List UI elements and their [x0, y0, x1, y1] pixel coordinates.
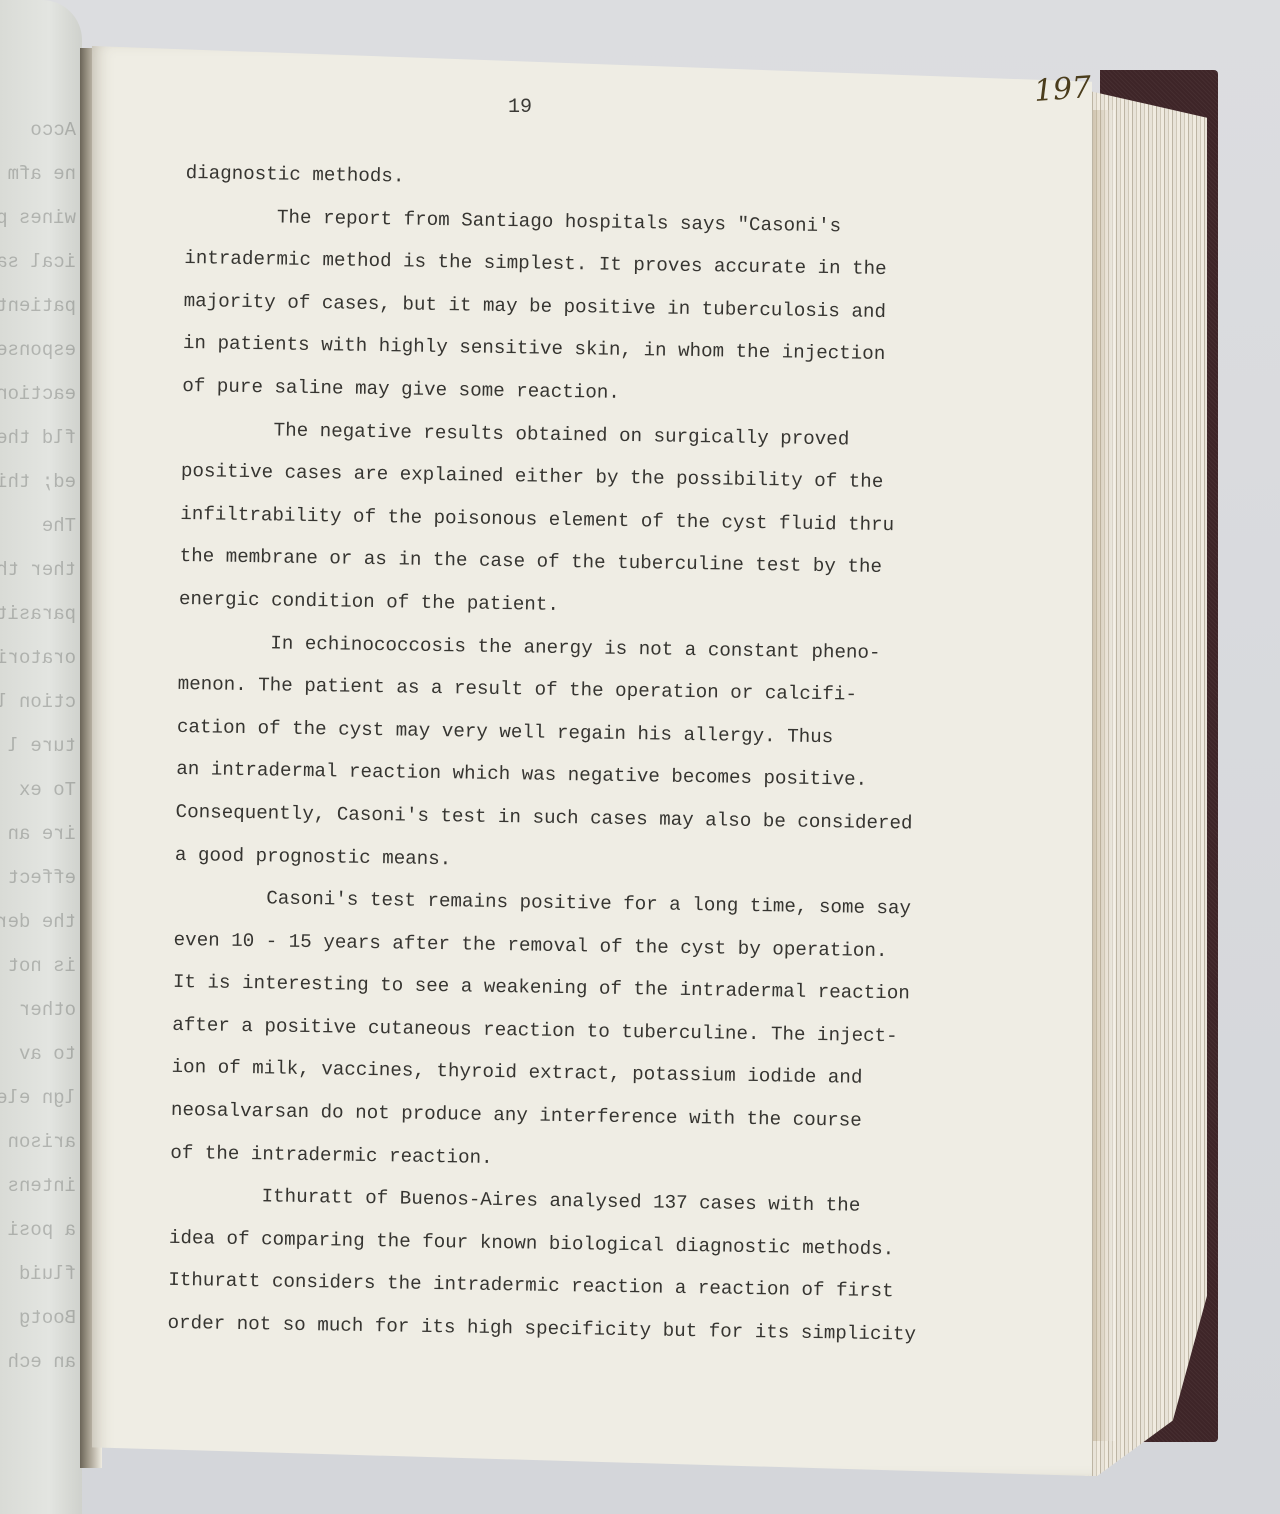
mirrored-fragment: ction l: [0, 680, 82, 724]
mirrored-fragment: ical sal: [0, 240, 82, 284]
mirrored-fragment: the der: [0, 900, 82, 944]
page-number: 19: [508, 96, 532, 119]
mirrored-fragment: effect: [0, 856, 82, 900]
mirrored-fragment: ire an: [0, 812, 82, 856]
paragraph: The report from Santiago hospitals says …: [182, 195, 1025, 421]
mirrored-fragment: ed; thi: [0, 460, 82, 504]
mirrored-fragment: oratori: [0, 636, 82, 680]
mirrored-fragment: patients: [0, 284, 82, 328]
mirrored-fragment: fluid: [0, 1252, 82, 1296]
mirrored-fragment: ne afm w: [0, 152, 82, 196]
mirrored-fragment: Acco: [0, 108, 82, 152]
left-page-mirrored-text: Accone afm wwines plical salpatientsespo…: [0, 108, 82, 1384]
mirrored-fragment: The: [0, 504, 82, 548]
paragraph: The negative results obtained on surgica…: [179, 408, 1022, 634]
mirrored-fragment: to av: [0, 1032, 82, 1076]
mirrored-fragment: fld the: [0, 416, 82, 460]
paragraph: In echinococcosis the anergy is not a co…: [175, 620, 1019, 889]
mirrored-fragment: is not: [0, 944, 82, 988]
mirrored-fragment: an ech: [0, 1340, 82, 1384]
paragraph: Casoni's test remains positive for a lon…: [170, 876, 1015, 1187]
mirrored-fragment: ture l: [0, 724, 82, 768]
mirrored-fragment: arison: [0, 1120, 82, 1164]
mirrored-fragment: Bootg: [0, 1296, 82, 1340]
mirrored-fragment: a posi: [0, 1208, 82, 1252]
mirrored-fragment: lgn ele: [0, 1076, 82, 1120]
mirrored-fragment: intens: [0, 1164, 82, 1208]
mirrored-fragment: esponse ,: [0, 328, 82, 372]
mirrored-fragment: eaction: [0, 372, 82, 416]
left-curling-page: Accone afm wwines plical salpatientsespo…: [0, 0, 82, 1514]
mirrored-fragment: parasit: [0, 592, 82, 636]
handwritten-folio: 197: [1033, 70, 1093, 109]
mirrored-fragment: To ex: [0, 768, 82, 812]
paragraph: Ithuratt of Buenos-Aires analysed 137 ca…: [167, 1174, 1010, 1358]
page-edges: [1085, 90, 1207, 1476]
mirrored-fragment: wines pl: [0, 196, 82, 240]
mirrored-fragment: ther th: [0, 548, 82, 592]
page-body-text: diagnostic methods.The report from Santi…: [167, 152, 1026, 1358]
mirrored-fragment: other: [0, 988, 82, 1032]
